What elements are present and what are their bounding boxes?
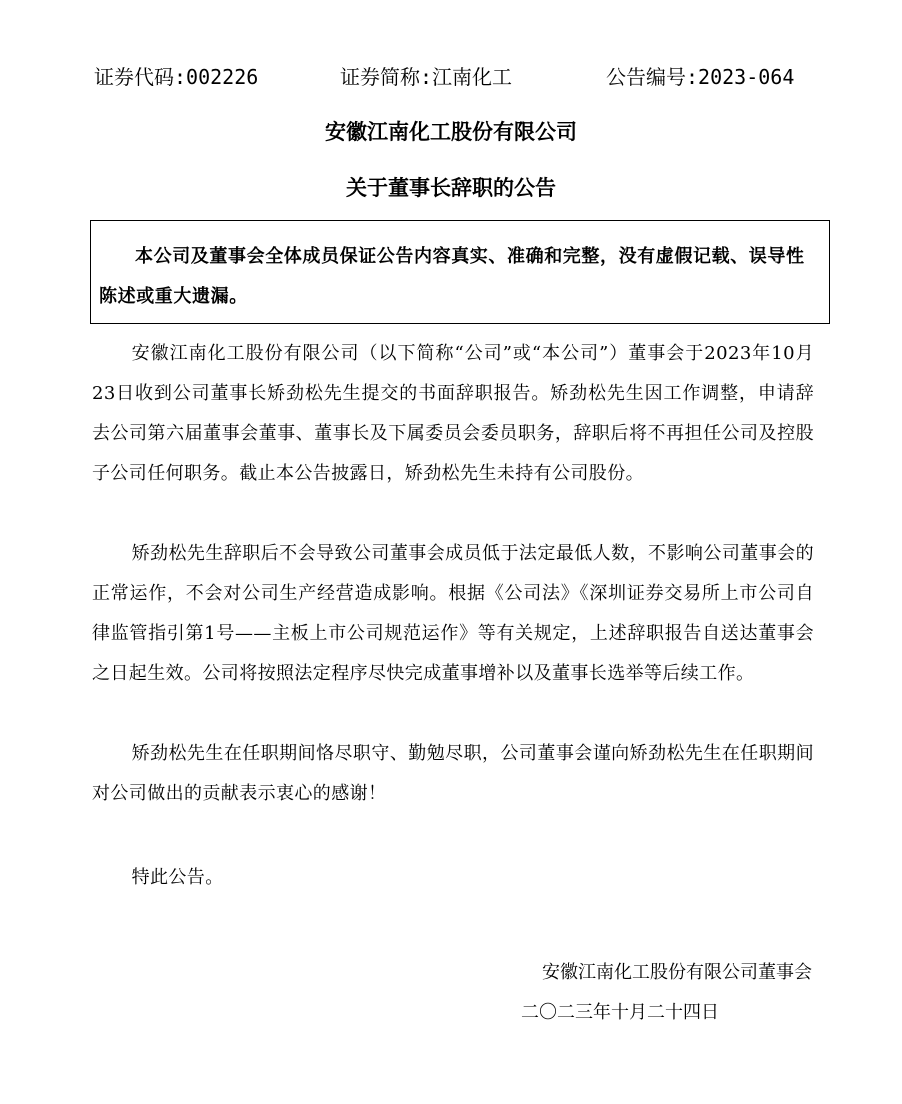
disclaimer-notice-box: 本公司及董事会全体成员保证公告内容真实、准确和完整，没有虚假记载、误导性陈述或重… <box>90 220 830 324</box>
announcement-number: 公告编号:2023-064 <box>606 62 794 92</box>
paragraph-impact: 矫劲松先生辞职后不会导致公司董事会成员低于法定最低人数，不影响公司董事会的正常运… <box>92 534 814 694</box>
paragraph-thanks: 矫劲松先生在任职期间恪尽职守、勤勉尽职，公司董事会谨向矫劲松先生在任职期间对公司… <box>92 734 814 814</box>
company-title: 安徽江南化工股份有限公司 <box>0 116 902 146</box>
signature-company: 安徽江南化工股份有限公司董事会 <box>542 955 812 991</box>
announcement-title: 关于董事长辞职的公告 <box>0 172 902 202</box>
paragraph-closing: 特此公告。 <box>92 858 814 898</box>
paragraph-resignation: 安徽江南化工股份有限公司（以下简称“公司”或“本公司”）董事会于2023年10月… <box>92 334 814 494</box>
stock-code: 证券代码:002226 <box>94 62 258 92</box>
signature-date: 二〇二三年十月二十四日 <box>521 995 719 1031</box>
stock-abbreviation: 证券简称:江南化工 <box>340 62 512 92</box>
document-header: 证券代码:002226 证券简称:江南化工 公告编号:2023-064 <box>94 62 814 92</box>
